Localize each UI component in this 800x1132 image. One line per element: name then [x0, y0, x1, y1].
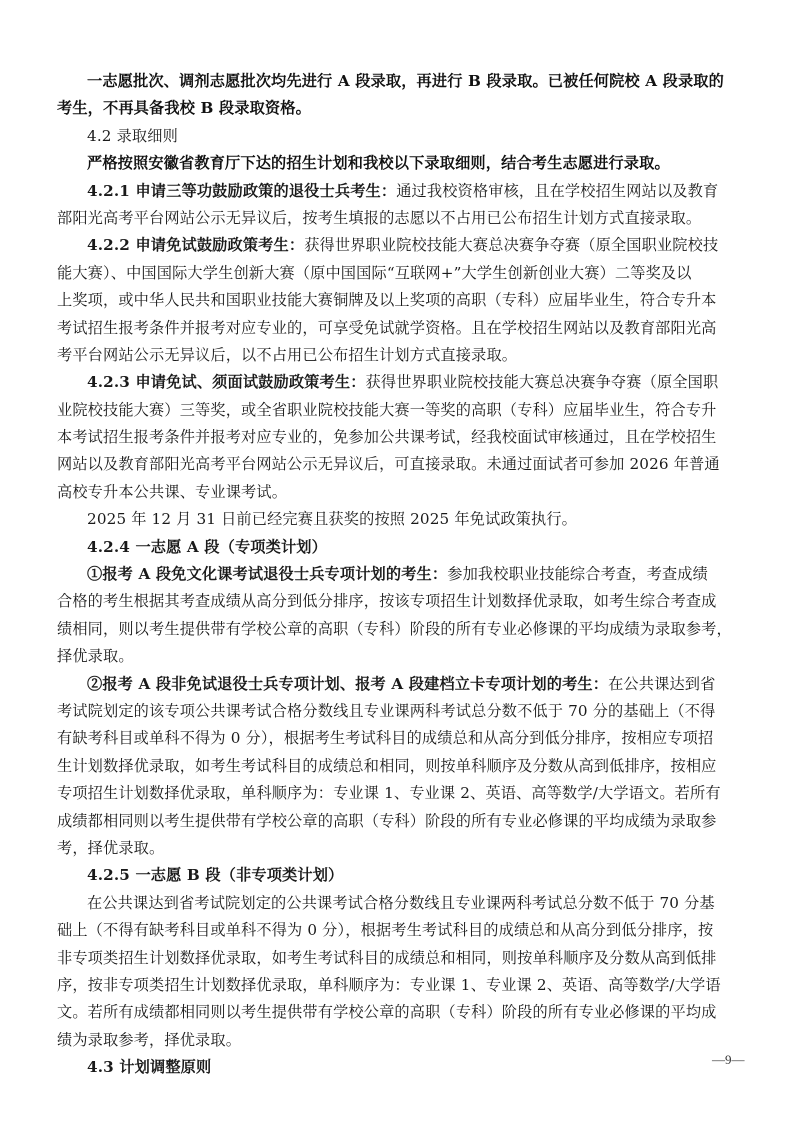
body-text: 专项招生计划数择优录取，单科顺序为：专业课 1、专业课 2、英语、高等数学/大学…: [57, 784, 721, 802]
body-text: 础上（不得有缺考科目或单科不得为 0 分），根据考生考试科目的成绩总和从高分到低…: [57, 921, 713, 939]
text-line: 严格按照安徽省教育厅下达的招生计划和我校以下录取细则，结合考生志愿进行录取。: [57, 150, 743, 177]
text-line: 生计划数择优录取，如考生考试科目的成绩总和相同，则按单科顺序及分数从高到低排序，…: [57, 753, 743, 780]
body-text: 一志愿批次、调剂志愿批次均先进行 A 段录取，再进行 B 段录取。已被任何院校 …: [87, 72, 724, 90]
text-line: 合格的考生根据其考查成绩从高分到低分排序，按该专项招生计划数择优录取，如考生综合…: [57, 588, 743, 615]
text-line: 4.2 录取细则: [57, 123, 743, 150]
text-line: 业院校技能大赛）三等奖，或全省职业院校技能大赛一等奖的高职（专科）应届毕业生，符…: [57, 397, 743, 424]
text-line: 一志愿批次、调剂志愿批次均先进行 A 段录取，再进行 B 段录取。已被任何院校 …: [57, 68, 743, 95]
body-text: 通过我校资格审核，且在学校招生网站以及教育: [396, 182, 718, 200]
body-text: 文。若所有成绩都相同则以考生提供带有学校公章的高职（专科）阶段的所有专业必修课的…: [57, 1003, 717, 1021]
text-line: 础上（不得有缺考科目或单科不得为 0 分），根据考生考试科目的成绩总和从高分到低…: [57, 917, 743, 944]
page-number: —9—: [712, 1052, 745, 1068]
text-line: 绩为录取参考，择优录取。: [57, 1027, 743, 1054]
text-line: 4.2.3 申请免试、须面试鼓励政策考生：获得世界职业院校技能大赛总决赛争夺赛（…: [57, 369, 743, 396]
text-line: ②报考 A 段非免试退役士兵专项计划、报考 A 段建档立卡专项计划的考生：在公共…: [57, 671, 743, 698]
body-text: 本考试招生报考条件并报考对应专业的，免参加公共课考试，经我校面试审核通过，且在学…: [57, 428, 717, 446]
body-text: 绩为录取参考，择优录取。: [57, 1031, 241, 1049]
text-line: 文。若所有成绩都相同则以考生提供带有学校公章的高职（专科）阶段的所有专业必修课的…: [57, 999, 743, 1026]
text-line: 考试院划定的该专项公共课考试合格分数线且专业课两科考试总分数不低于 70 分的基…: [57, 698, 743, 725]
text-line: 本考试招生报考条件并报考对应专业的，免参加公共课考试，经我校面试审核通过，且在学…: [57, 424, 743, 451]
bold-lead-text: 4.2.2 申请免试鼓励政策考生：: [87, 236, 304, 254]
body-text: 合格的考生根据其考查成绩从高分到低分排序，按该专项招生计划数择优录取，如考生综合…: [57, 592, 717, 610]
body-text: 考，择优录取。: [57, 839, 164, 857]
bold-lead-text: 4.2.1 申请三等功鼓励政策的退役士兵考生：: [87, 182, 396, 200]
body-text: 成绩都相同则以考生提供带有学校公章的高职（专科）阶段的所有专业必修课的平均成绩为…: [57, 812, 717, 830]
text-line: 在公共课达到省考试院划定的公共课考试合格分数线且专业课两科考试总分数不低于 70…: [57, 890, 743, 917]
body-text: 绩相同，则以考生提供带有学校公章的高职（专科）阶段的所有专业必修课的平均成绩为录…: [57, 620, 732, 638]
text-line: 序，按非专项类招生计划数择优录取，单科顺序为：专业课 1、专业课 2、英语、高等…: [57, 972, 743, 999]
text-line: 成绩都相同则以考生提供带有学校公章的高职（专科）阶段的所有专业必修课的平均成绩为…: [57, 808, 743, 835]
text-line: 4.2.1 申请三等功鼓励政策的退役士兵考生：通过我校资格审核，且在学校招生网站…: [57, 178, 743, 205]
body-text: 在公共课达到省考试院划定的公共课考试合格分数线且专业课两科考试总分数不低于 70…: [87, 894, 715, 912]
body-text: 考平台网站公示无异议后，以不占用已公布招生计划方式直接录取。: [57, 346, 517, 364]
body-text: 获得世界职业院校技能大赛总决赛争夺赛（原全国职: [366, 373, 719, 391]
body-text: 在公共课达到省: [608, 675, 715, 693]
text-line: ①报考 A 段免文化课考试退役士兵专项计划的考生：参加我校职业技能综合考查，考查…: [57, 561, 743, 588]
body-text: 高校专升本公共课、专业课考试。: [57, 483, 287, 501]
text-line: 有缺考科目或单科不得为 0 分），根据考生考试科目的成绩总和从高分到低分排序，按…: [57, 725, 743, 752]
body-text: 部阳光高考平台网站公示无异议后，按考生填报的志愿以不占用已公布招生计划方式直接录…: [57, 209, 701, 227]
body-text: 考试招生报考条件并报考对应专业的，可享受免试就学资格。且在学校招生网站以及教育部…: [57, 319, 717, 337]
body-text: 参加我校职业技能综合考查，考查成绩: [447, 565, 708, 583]
body-text: 获得世界职业院校技能大赛总决赛争夺赛（原全国职业院校技: [304, 236, 718, 254]
bold-lead-text: 4.3 计划调整原则: [87, 1058, 211, 1076]
body-text: 上奖项，或中华人民共和国职业技能大赛铜牌及以上奖项的高职（专科）应届毕业生，符合…: [57, 291, 717, 309]
bold-lead-text: ②报考 A 段非免试退役士兵专项计划、报考 A 段建档立卡专项计划的考生：: [87, 675, 608, 693]
text-line: 考平台网站公示无异议后，以不占用已公布招生计划方式直接录取。: [57, 342, 743, 369]
text-line: 4.2.2 申请免试鼓励政策考生：获得世界职业院校技能大赛总决赛争夺赛（原全国职…: [57, 232, 743, 259]
body-text: 严格按照安徽省教育厅下达的招生计划和我校以下录取细则，结合考生志愿进行录取。: [87, 154, 670, 172]
body-text: 2025 年 12 月 31 日前已经完赛且获奖的按照 2025 年免试政策执行…: [87, 510, 577, 528]
bold-lead-text: ①报考 A 段免文化课考试退役士兵专项计划的考生：: [87, 565, 447, 583]
text-line: 2025 年 12 月 31 日前已经完赛且获奖的按照 2025 年免试政策执行…: [57, 506, 743, 533]
body-text: 能大赛）、中国国际大学生创新大赛（原中国国际“互联网+”大学生创新创业大赛）二等…: [57, 264, 692, 282]
text-line: 部阳光高考平台网站公示无异议后，按考生填报的志愿以不占用已公布招生计划方式直接录…: [57, 205, 743, 232]
text-line: 专项招生计划数择优录取，单科顺序为：专业课 1、专业课 2、英语、高等数学/大学…: [57, 780, 743, 807]
text-line: 4.2.5 一志愿 B 段（非专项类计划）: [57, 862, 743, 889]
text-line: 考试招生报考条件并报考对应专业的，可享受免试就学资格。且在学校招生网站以及教育部…: [57, 315, 743, 342]
body-text: 序，按非专项类招生计划数择优录取，单科顺序为：专业课 1、专业课 2、英语、高等…: [57, 976, 721, 994]
text-line: 择优录取。: [57, 643, 743, 670]
body-text: 4.2 录取细则: [87, 127, 178, 145]
text-line: 非专项类招生计划数择优录取，如考生考试科目的成绩总和相同，则按单科顺序及分数从高…: [57, 945, 743, 972]
text-line: 上奖项，或中华人民共和国职业技能大赛铜牌及以上奖项的高职（专科）应届毕业生，符合…: [57, 287, 743, 314]
body-text: 有缺考科目或单科不得为 0 分），根据考生考试科目的成绩总和从高分到低分排序，按…: [57, 729, 713, 747]
body-text: 考生，不再具备我校 B 段录取资格。: [57, 99, 311, 117]
body-text: 业院校技能大赛）三等奖，或全省职业院校技能大赛一等奖的高职（专科）应届毕业生，符…: [57, 401, 717, 419]
text-line: 考生，不再具备我校 B 段录取资格。: [57, 95, 743, 122]
text-line: 能大赛）、中国国际大学生创新大赛（原中国国际“互联网+”大学生创新创业大赛）二等…: [57, 260, 743, 287]
text-line: 考，择优录取。: [57, 835, 743, 862]
body-text: 考试院划定的该专项公共课考试合格分数线且专业课两科考试总分数不低于 70 分的基…: [57, 702, 715, 720]
text-line: 网站以及教育部阳光高考平台网站公示无异议后，可直接录取。未通过面试者可参加 20…: [57, 451, 743, 478]
bold-lead-text: 4.2.5 一志愿 B 段（非专项类计划）: [87, 866, 343, 884]
body-text: 生计划数择优录取，如考生考试科目的成绩总和相同，则按单科顺序及分数从高到低排序，…: [57, 757, 717, 775]
text-line: 4.3 计划调整原则: [57, 1054, 743, 1081]
text-line: 高校专升本公共课、专业课考试。: [57, 479, 743, 506]
text-line: 绩相同，则以考生提供带有学校公章的高职（专科）阶段的所有专业必修课的平均成绩为录…: [57, 616, 743, 643]
body-text: 非专项类招生计划数择优录取，如考生考试科目的成绩总和相同，则按单科顺序及分数从高…: [57, 949, 717, 967]
body-text: 网站以及教育部阳光高考平台网站公示无异议后，可直接录取。未通过面试者可参加 20…: [57, 455, 720, 473]
bold-lead-text: 4.2.4 一志愿 A 段（专项类计划）: [87, 538, 327, 556]
document-page: 一志愿批次、调剂志愿批次均先进行 A 段录取，再进行 B 段录取。已被任何院校 …: [57, 68, 743, 1081]
text-line: 4.2.4 一志愿 A 段（专项类计划）: [57, 534, 743, 561]
body-text: 择优录取。: [57, 647, 134, 665]
bold-lead-text: 4.2.3 申请免试、须面试鼓励政策考生：: [87, 373, 366, 391]
